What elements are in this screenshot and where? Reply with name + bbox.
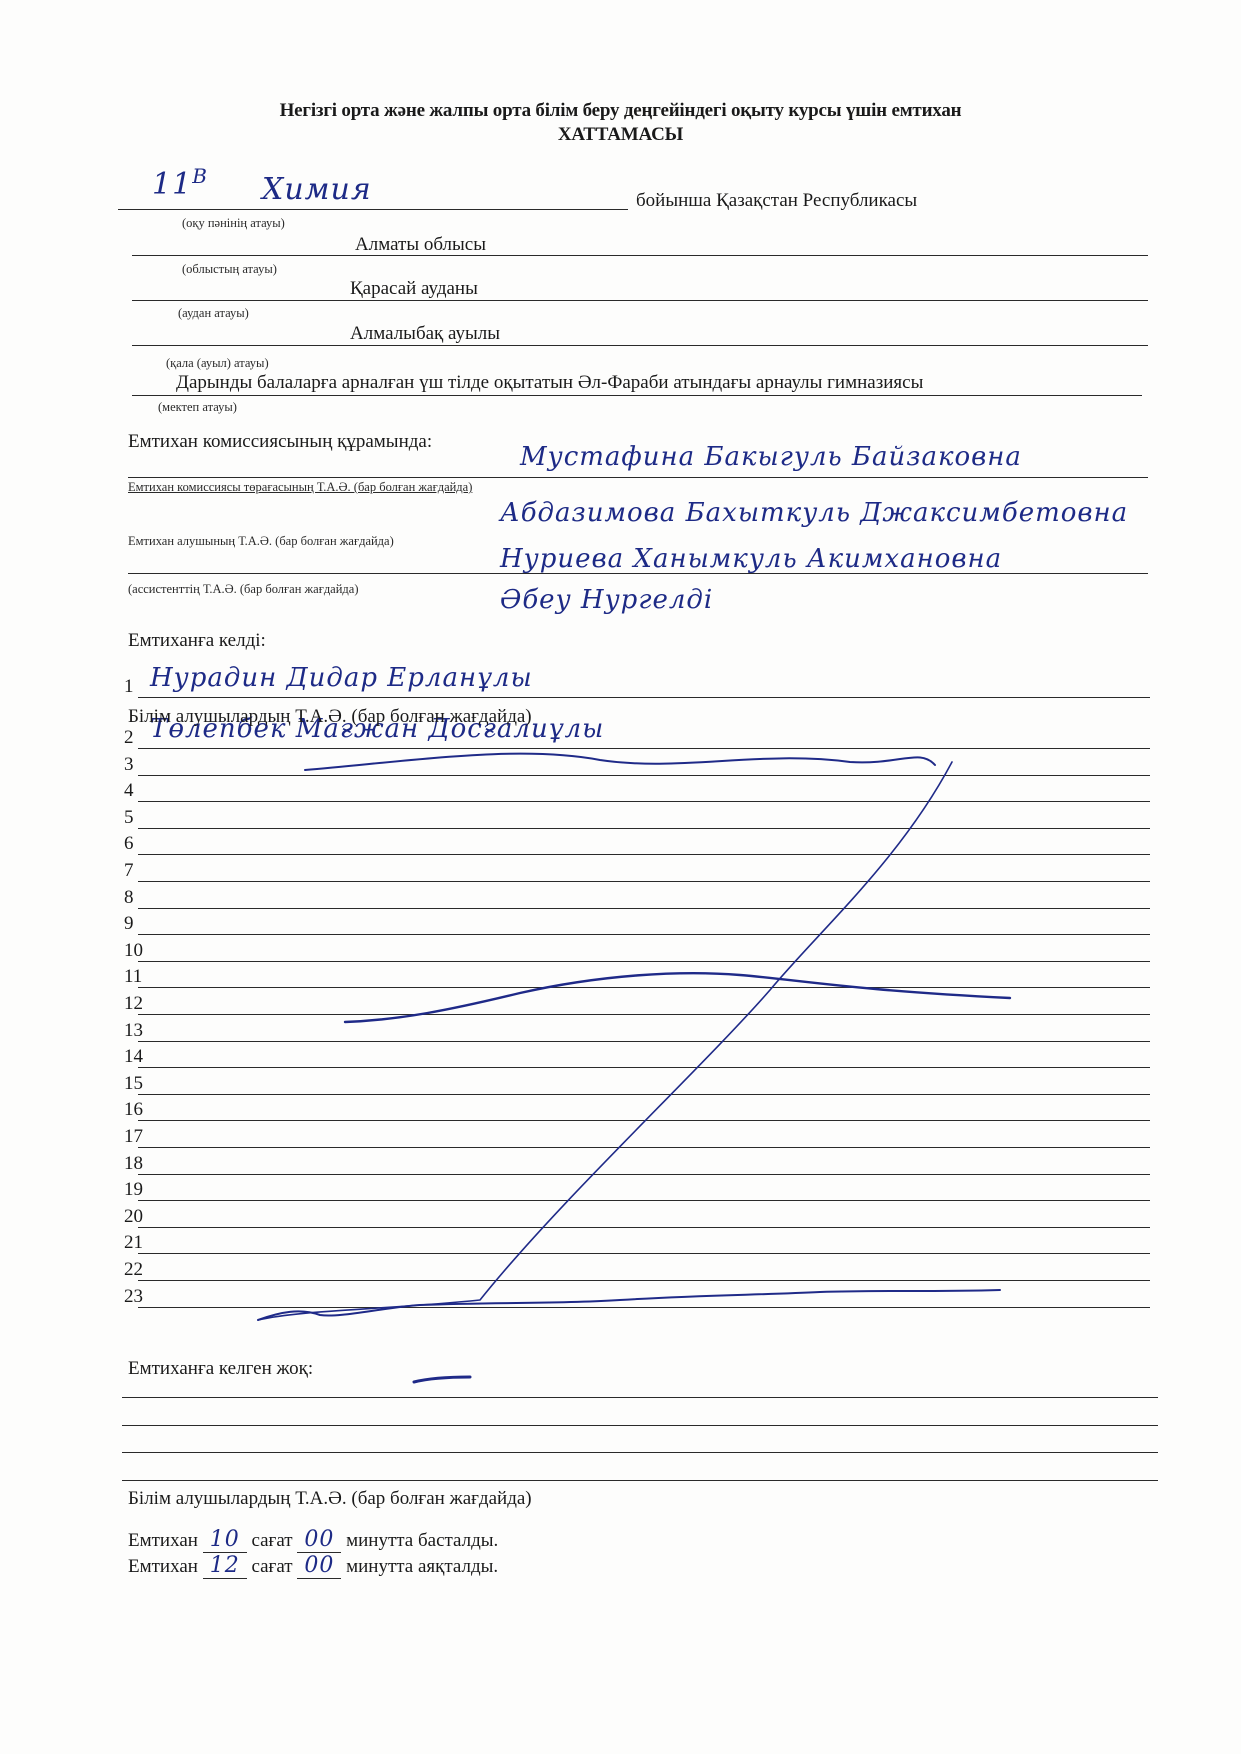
absent-line-3 [122,1452,1158,1453]
end-hour: 12 [203,1553,247,1579]
start-suffix: минутта басталды. [346,1530,498,1551]
exam-start-time: Емтихан 10 сағат 00 минутта басталды. [128,1527,498,1553]
start-prefix: Емтихан [128,1530,198,1551]
absent-heading: Емтиханға келген жоқ: [128,1358,313,1380]
absent-line-1 [122,1397,1158,1398]
start-hour-word: сағат [251,1530,292,1551]
absent-line-4 [122,1480,1158,1481]
end-suffix: минутта аяқталды. [346,1556,498,1577]
start-hour: 10 [203,1527,247,1553]
end-minute: 00 [297,1553,341,1579]
absent-students-caption: Білім алушылардың Т.А.Ә. (бар болған жағ… [128,1488,532,1510]
absent-line-2 [122,1425,1158,1426]
start-minute: 00 [297,1527,341,1553]
end-prefix: Емтихан [128,1556,198,1577]
end-hour-word: сағат [251,1556,292,1577]
exam-end-time: Емтихан 12 сағат 00 минутта аяқталды. [128,1553,498,1579]
